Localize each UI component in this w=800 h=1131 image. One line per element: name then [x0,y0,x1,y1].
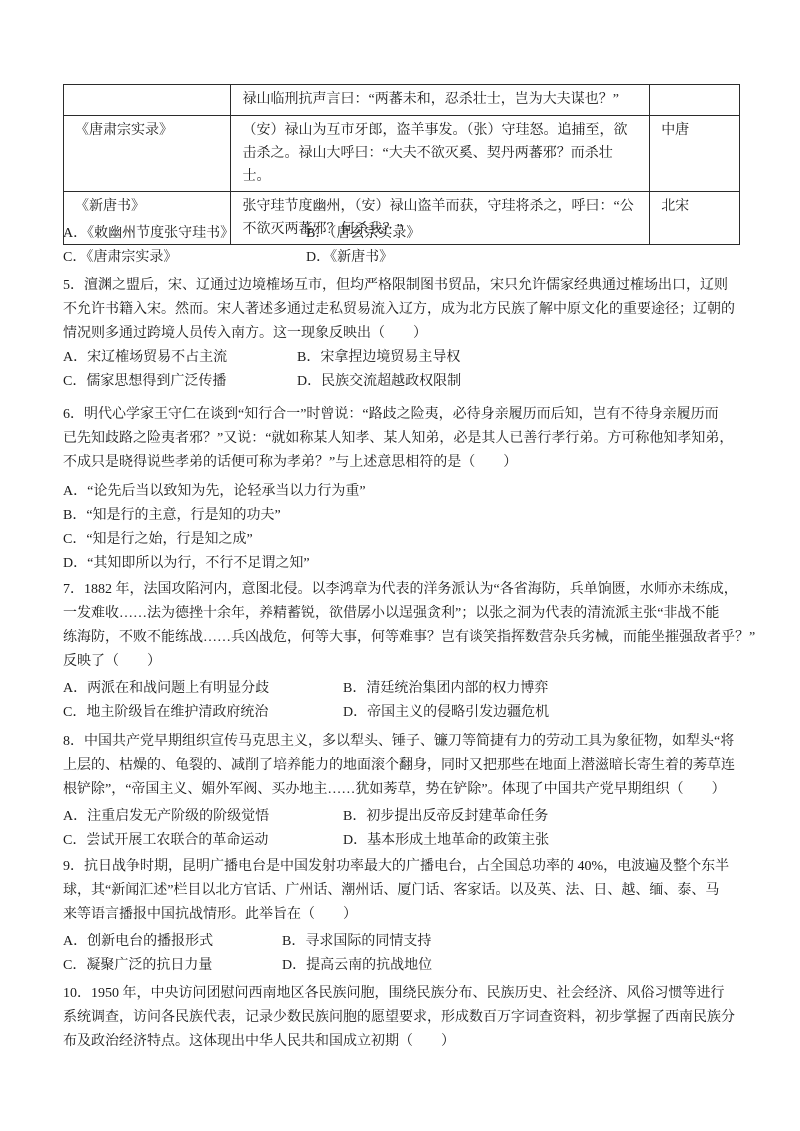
option-row: C．《唐肃宗实录》 D．《新唐书》 [63,246,420,270]
option-b: B．“知是行的主意，行是知的功夫” [63,504,733,528]
option-row: A．注重启发无产阶级的阶级觉悟 B．初步提出反帝反封建革命任务 [63,805,735,829]
table-cell-text: （安）禄山为互市牙郎，盗羊事发。（张）守珪怒。追捕至，欲击杀之。禄山大呼曰：“大… [231,116,650,192]
question-7-options: A．两派在和战问题上有明显分歧 B．清廷统治集团内部的权力博弈 C．地主阶级旨在… [63,677,755,725]
option-row: C．地主阶级旨在维护清政府统治 D．帝国主义的侵略引发边疆危机 [63,701,755,725]
option-d: D．提高云南的抗战地位 [282,954,432,978]
table-row: 禄山临刑抗声言曰：“两蕃未和，忍杀壮士，岂为大夫谋也？” [64,85,740,116]
question-text-line: 7．1882 年，法国攻陷河内，意图北侵。以李鸿章为代表的洋务派认为“各省海防，… [63,578,755,602]
option-b: B．初步提出反帝反封建革命任务 [343,805,548,829]
option-c: C．儒家思想得到广泛传播 [63,370,297,394]
question-7: 7．1882 年，法国攻陷河内，意图北侵。以李鸿章为代表的洋务派认为“各省海防，… [63,578,755,725]
option-row: C．凝聚广泛的抗日力量 D．提高云南的抗战地位 [63,954,729,978]
table-cell-era [650,85,740,116]
option-a: A．宋辽榷场贸易不占主流 [63,346,297,370]
question-8-options: A．注重启发无产阶级的阶级觉悟 B．初步提出反帝反封建革命任务 C．尝试开展工农… [63,805,735,853]
table-cell-text: 禄山临刑抗声言曰：“两蕃未和，忍杀壮士，岂为大夫谋也？” [231,85,650,116]
question-text-line: 9．抗日战争时期，昆明广播电台是中国发射功率最大的广播电台，占全国总功率的 40… [63,855,729,879]
table-cell-era: 北宋 [650,192,740,245]
option-d: D．基本形成土地革命的政策主张 [343,829,549,853]
question-4-options: A．《敕幽州节度张守珪书》 B．（唐玄宗实录》 C．《唐肃宗实录》 D．《新唐书… [63,222,420,270]
option-c: C．地主阶级旨在维护清政府统治 [63,701,343,725]
option-b: B．宋拿捏边境贸易主导权 [297,346,460,370]
question-text-line: 反映了（ ） [63,650,755,674]
question-6-options: A．“论先后当以致知为先，论轻承当以力行为重” B．“知是行的主意，行是知的功夫… [63,480,733,576]
question-10: 10．1950 年，中央访问团慰问西南地区各民族问胞，围绕民族分布、民族历史、社… [63,982,735,1054]
question-text-line: 根铲除”，“帝国主义、媚外军阀、买办地主……犹如莠草，势在铲除”。体现了中国共产… [63,778,735,802]
question-text-line: 布及政治经济特点。这体现出中华人民共和国成立初期（ ） [63,1030,735,1054]
question-text-line: 一发难收……法为德挫十余年，养精蓄锐，欲借孱小以逞强贪利”；以张之洞为代表的清流… [63,602,755,626]
question-6: 6．明代心学家王守仁在谈到“知行合一”时曾说：“路歧之险夷，必待身亲履历而后知，… [63,403,733,576]
question-9-options: A．创新电台的播报形式 B．寻求国际的同情支持 C．凝聚广泛的抗日力量 D．提高… [63,930,729,978]
option-row: A．创新电台的播报形式 B．寻求国际的同情支持 [63,930,729,954]
question-text-line: 上层的、枯燥的、龟裂的、减削了培养能力的地面滚个翻身，同时又把那些在地面上潜滋暗… [63,754,735,778]
option-d: D．民族交流超越政权限制 [297,370,461,394]
question-text-line: 已先知歧路之险夷者邪？”又说：“就如称某人知孝、某人知弟，必是其人已善行孝行弟。… [63,427,733,451]
question-5-options: A．宋辽榷场贸易不占主流 B．宋拿捏边境贸易主导权 C．儒家思想得到广泛传播 D… [63,346,735,394]
option-a: A．创新电台的播报形式 [63,930,282,954]
option-c: C．《唐肃宗实录》 [63,246,306,270]
question-text-line: 系统调查，访问各民族代表，记录少数民族问胞的愿望要求，形成数百万字词查资料，初步… [63,1006,735,1030]
option-c: C．凝聚广泛的抗日力量 [63,954,282,978]
source-comparison-table: 禄山临刑抗声言曰：“两蕃未和，忍杀壮士，岂为大夫谋也？” 《唐肃宗实录》 （安）… [63,84,740,245]
table-row: 《唐肃宗实录》 （安）禄山为互市牙郎，盗羊事发。（张）守珪怒。追捕至，欲击杀之。… [64,116,740,192]
question-8: 8．中国共产党早期组织宣传马克思主义，多以犁头、锤子、镰刀等简捷有力的劳动工具为… [63,730,735,853]
question-text-line: 来等语言播报中国抗战情形。此举旨在（ ） [63,903,729,927]
question-text-line: 8．中国共产党早期组织宣传马克思主义，多以犁头、锤子、镰刀等简捷有力的劳动工具为… [63,730,735,754]
question-text-line: 10．1950 年，中央访问团慰问西南地区各民族问胞，围绕民族分布、民族历史、社… [63,982,735,1006]
option-row: C．儒家思想得到广泛传播 D．民族交流超越政权限制 [63,370,735,394]
option-row: A．《敕幽州节度张守珪书》 B．（唐玄宗实录》 [63,222,420,246]
question-text-line: 6．明代心学家王守仁在谈到“知行合一”时曾说：“路歧之险夷，必待身亲履历而后知，… [63,403,733,427]
table-cell-source: 《唐肃宗实录》 [64,116,231,192]
option-d: D．帝国主义的侵略引发边疆危机 [343,701,549,725]
question-text-line: 球，其“新闻汇述”栏目以北方官话、广州话、潮州话、厦门话、客家话。以及英、法、日… [63,879,729,903]
option-c: C．“知是行之始，行是知之成” [63,528,733,552]
question-text-line: 5．澶渊之盟后，宋、辽通过边境榷场互市，但均严格限制图书贸品，宋只允许儒家经典通… [63,274,735,298]
option-a: A．“论先后当以致知为先，论轻承当以力行为重” [63,480,733,504]
question-text-line: 不成只是晓得说些孝弟的话便可称为孝弟？”与上述意思相符的是（ ） [63,451,733,475]
option-row: C．尝试开展工农联合的革命运动 D．基本形成土地革命的政策主张 [63,829,735,853]
option-a: A．注重启发无产阶级的阶级觉悟 [63,805,343,829]
option-a: A．《敕幽州节度张守珪书》 [63,222,306,246]
question-9: 9．抗日战争时期，昆明广播电台是中国发射功率最大的广播电台，占全国总功率的 40… [63,855,729,978]
option-b: B．清廷统治集团内部的权力博弈 [343,677,548,701]
option-c: C．尝试开展工农联合的革命运动 [63,829,343,853]
option-b: B．寻求国际的同情支持 [282,930,431,954]
question-text-line: 不允许书籍入宋。然而。宋人著述多通过走私贸易流入辽方，成为北方民族了解中原文化的… [63,298,735,322]
question-text-line: 练海防，不败不能练战……兵凶战危，何等大事，何等难事？岂有谈笑指挥数营杂兵劣械，… [63,626,755,650]
table-cell-source [64,85,231,116]
exam-page: 禄山临刑抗声言曰：“两蕃未和，忍杀壮士，岂为大夫谋也？” 《唐肃宗实录》 （安）… [0,0,800,1131]
question-5: 5．澶渊之盟后，宋、辽通过边境榷场互市，但均严格限制图书贸品，宋只允许儒家经典通… [63,274,735,394]
option-b: B．（唐玄宗实录》 [306,222,420,246]
option-row: A．宋辽榷场贸易不占主流 B．宋拿捏边境贸易主导权 [63,346,735,370]
question-text-line: 情况则多通过跨境人员传入南方。这一现象反映出（ ） [63,322,735,346]
option-d: D．“其知即所以为行，不行不足谓之知” [63,552,733,576]
option-row: A．两派在和战问题上有明显分歧 B．清廷统治集团内部的权力博弈 [63,677,755,701]
table-cell-era: 中唐 [650,116,740,192]
option-d: D．《新唐书》 [306,246,393,270]
option-a: A．两派在和战问题上有明显分歧 [63,677,343,701]
